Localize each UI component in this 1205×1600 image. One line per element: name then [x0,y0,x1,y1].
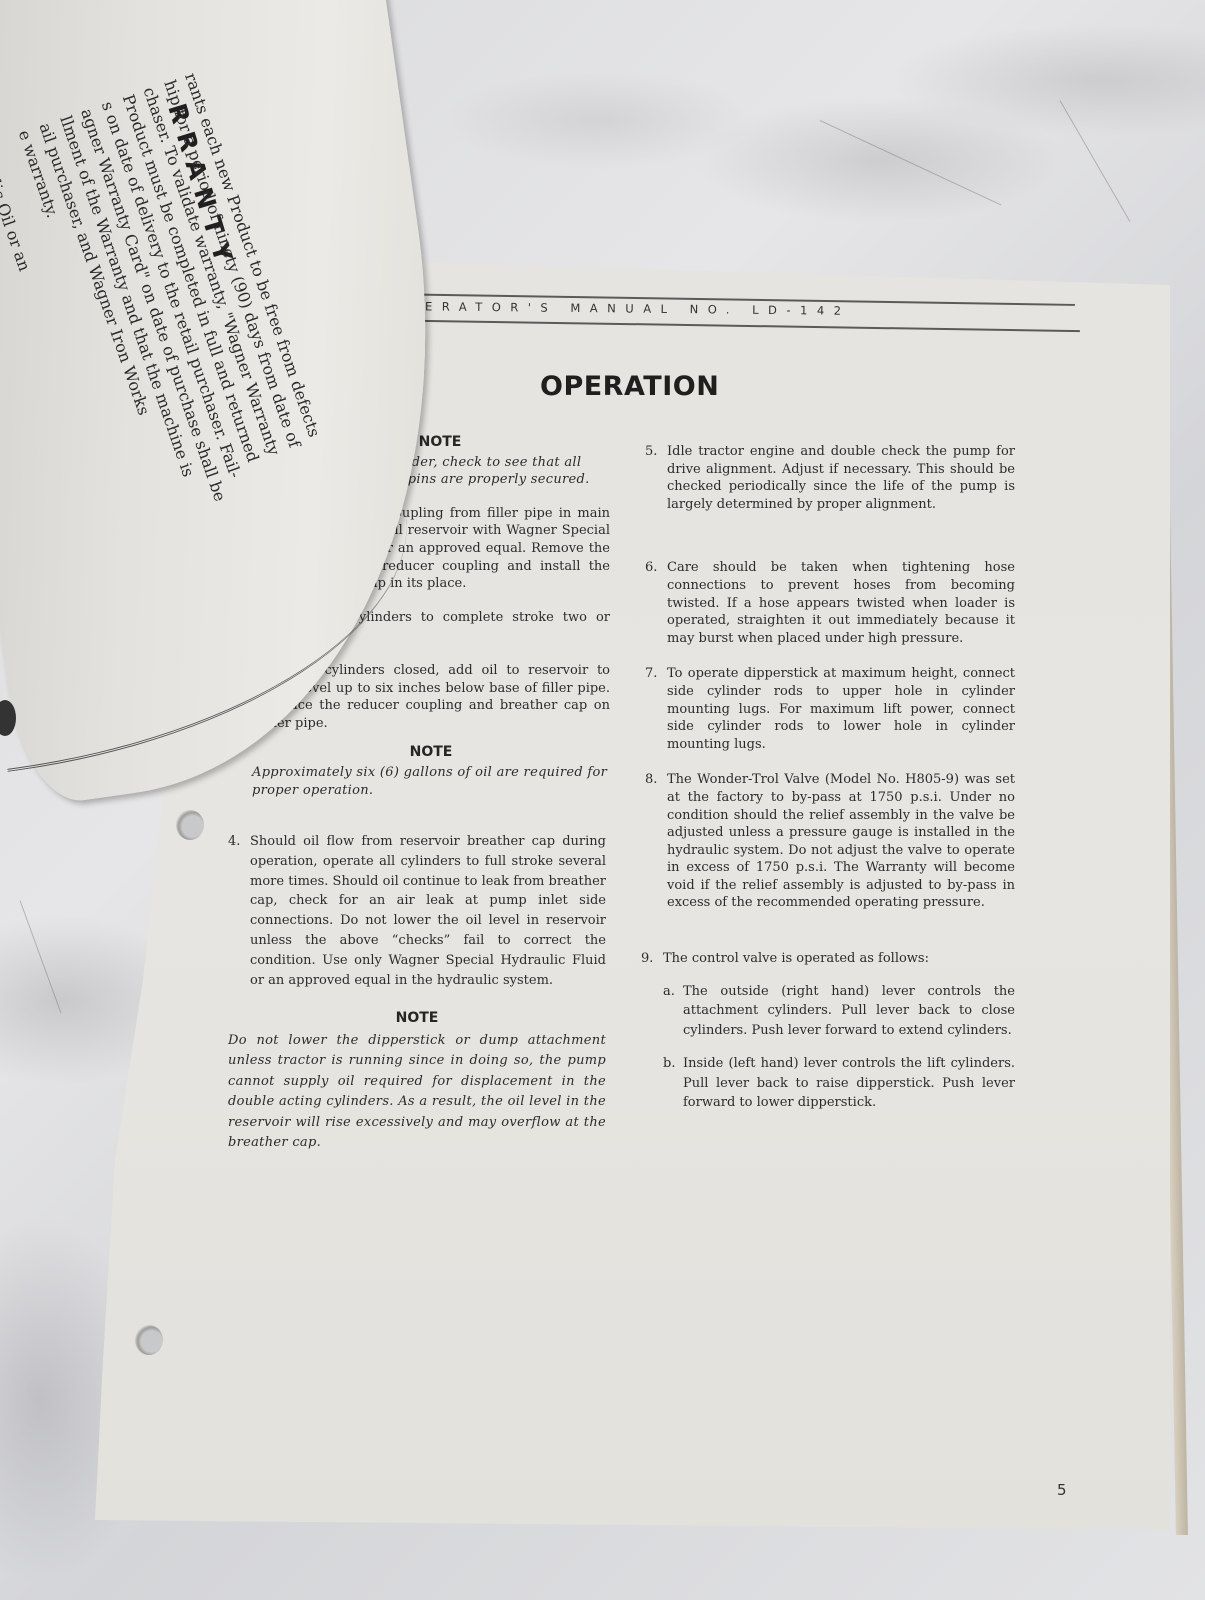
step-number: 4. [228,832,250,990]
step-5: 5. Idle tractor engine and double check … [645,443,1015,513]
note-3: NOTE Do not lower the dipperstick or dum… [228,1008,606,1154]
note-body: Approximately six (6) gallons of oil are… [252,764,610,799]
step-number: 9. [641,950,663,968]
step-9: 9. The control valve is operated as foll… [641,950,1015,968]
substep-letter: b. [663,1054,683,1113]
substep-letter: a. [663,982,683,1041]
step-text: Idle tractor engine and double check the… [667,443,1015,513]
step-text: To operate dipperstick at maximum height… [667,665,1015,753]
step-7: 7. To operate dipperstick at maximum hei… [645,665,1015,753]
step-8: 8. The Wonder-Trol Valve (Model No. H805… [645,771,1015,912]
note-heading: NOTE [252,744,610,762]
note-2: NOTE Approximately six (6) gallons of oi… [238,744,610,799]
step-6: 6. Care should be taken when tightening … [645,559,1015,647]
step-text: Should oil flow from reservoir breather … [250,832,606,990]
step-text: Care should be taken when tightening hos… [667,559,1015,647]
step-4: 4. Should oil flow from reservoir breath… [228,832,606,990]
note-heading: NOTE [228,1008,606,1029]
step-9a: a. The outside (right hand) lever contro… [645,982,1015,1041]
page-title: OPERATION [540,371,719,402]
substep-text: Inside (left hand) lever controls the li… [683,1054,1015,1113]
marble-vein [1060,100,1131,222]
binder-hole [135,1325,163,1355]
page-number: 5 [1057,1481,1067,1499]
step-number: 8. [645,771,667,912]
step-number: 5. [645,443,667,513]
note-body: Do not lower the dipperstick or dump att… [228,1031,606,1154]
step-9b: b. Inside (left hand) lever controls the… [645,1054,1015,1113]
step-text: The control valve is operated as follows… [663,950,1015,968]
step-number: 7. [645,665,667,753]
marble-vein [20,900,62,1013]
substep-text: The outside (right hand) lever controls … [683,982,1015,1041]
marble-vein [820,120,1002,205]
step-text: The Wonder-Trol Valve (Model No. H805-9)… [667,771,1015,912]
left-column-lower: 4. Should oil flow from reservoir breath… [228,832,606,1154]
step-number: 6. [645,559,667,647]
right-column: 5. Idle tractor engine and double check … [645,443,1015,1113]
binder-hole [176,810,204,840]
